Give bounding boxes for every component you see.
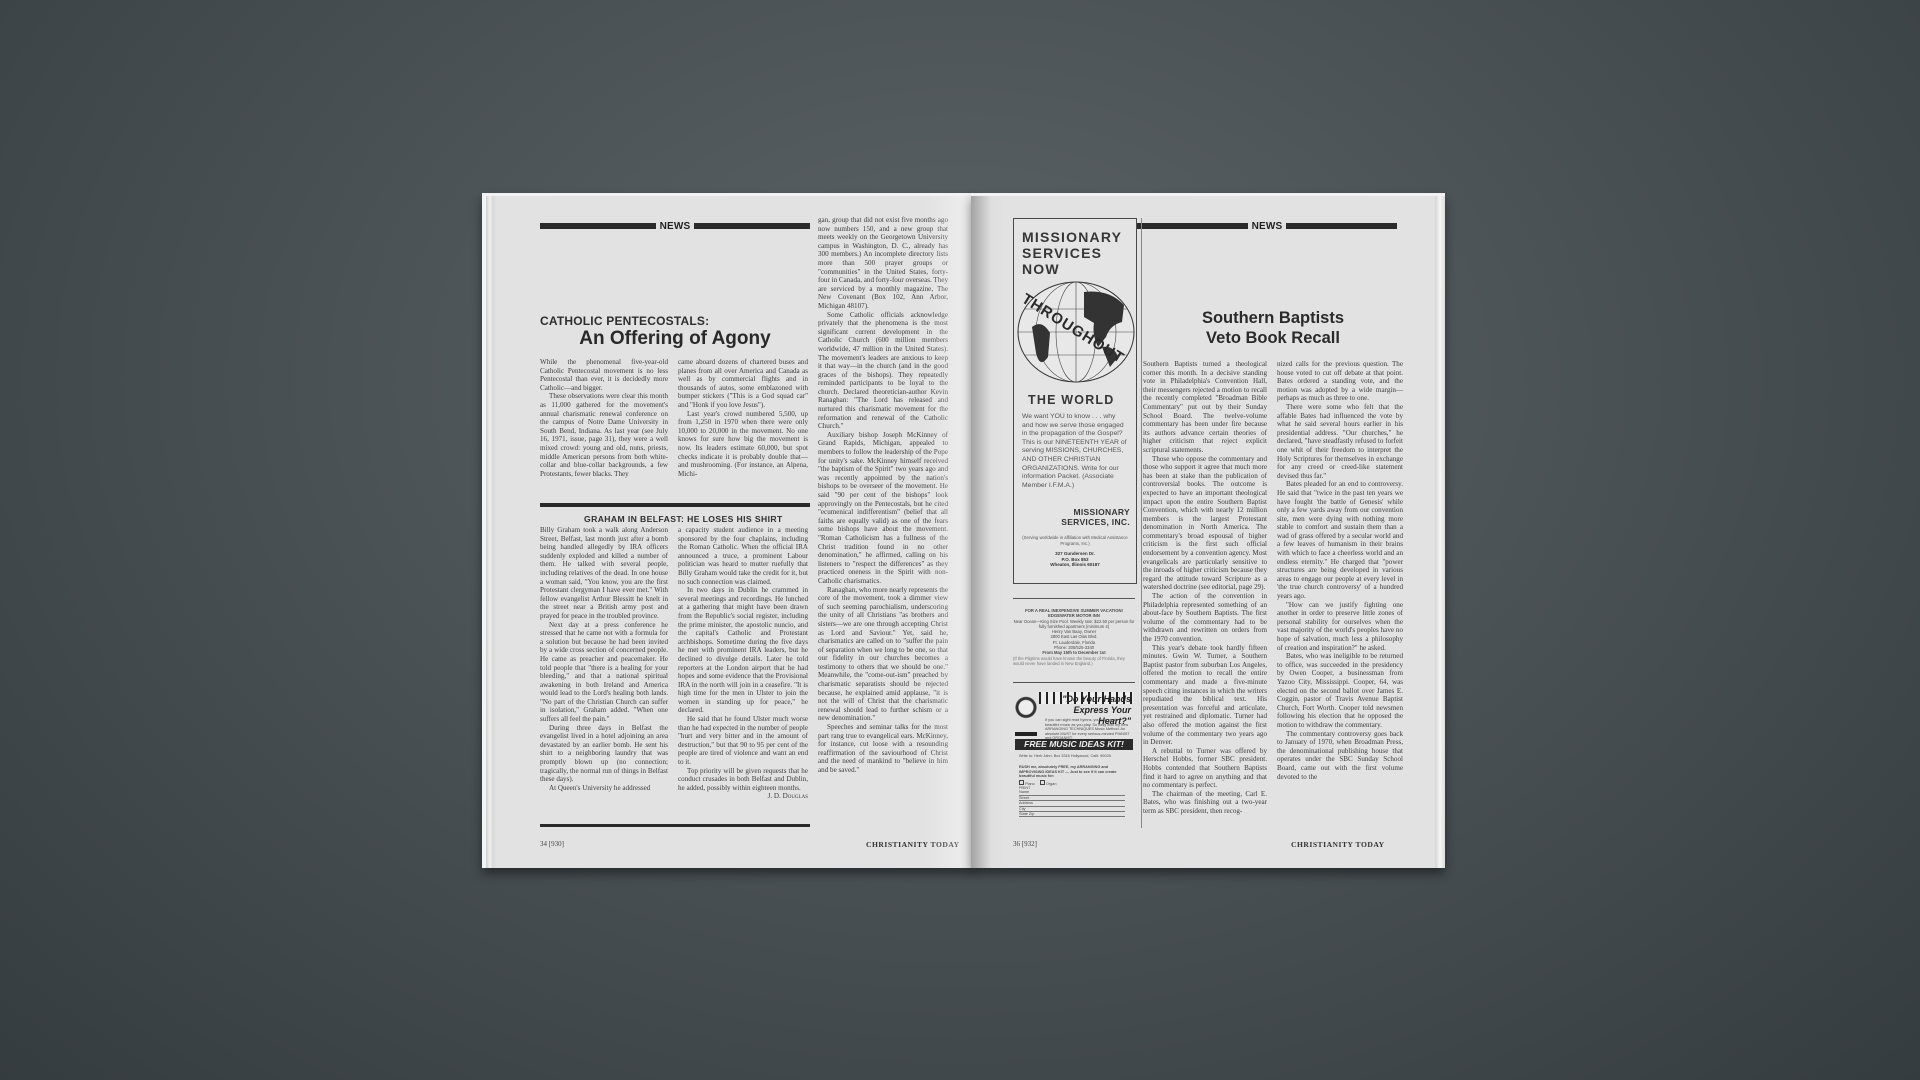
article-col2: nized calls for the previous question. T… <box>1277 360 1403 781</box>
news-bar-rule <box>540 223 656 229</box>
article-headline: An Offering of Agony <box>540 328 810 350</box>
form-field-state-zip[interactable]: State Zip <box>1019 812 1125 817</box>
ad-body-text: We want YOU to know . . . why and how we… <box>1022 413 1128 490</box>
article-kicker: CATHOLIC PENTECOSTALS: <box>540 314 709 328</box>
article2-col2: a capacity student audience in a meeting… <box>678 526 808 801</box>
motel-ad: FOR A REAL INEXPENSIVE SUMMER VACATION! … <box>1013 608 1135 666</box>
left-page: NEWS CATHOLIC PENTECOSTALS: An Offering … <box>482 193 974 868</box>
ad-divider <box>1013 598 1135 599</box>
news-section-bar: NEWS <box>1137 221 1397 231</box>
free-kit-banner: FREE MUSIC IDEAS KIT! <box>1015 739 1133 750</box>
ad-title-line: SERVICES <box>1022 245 1122 261</box>
magazine-name: CHRISTIANITY TODAY <box>1291 840 1385 849</box>
article2-col1: Billy Graham took a walk along Anderson … <box>540 526 668 792</box>
order-form: PRINT Name Street Address City State Zip <box>1019 786 1125 817</box>
ad-title-line: NOW <box>1022 261 1122 277</box>
article1-col3: gan, group that did not exist five month… <box>818 216 948 775</box>
byline: J. D. Douglas <box>768 792 808 801</box>
news-label: NEWS <box>656 221 695 232</box>
magazine-name: CHRISTIANITY TODAY <box>866 840 960 849</box>
right-page: NEWS MISSIONARY SERVICES NOW <box>971 193 1445 868</box>
section-divider <box>540 503 810 507</box>
checkbox[interactable] <box>1019 780 1024 785</box>
bottom-rule <box>540 824 810 827</box>
news-bar-rule <box>1137 223 1248 229</box>
page-number: 34 [930] <box>540 840 564 848</box>
article1-col2: came aboard dozens of chartered buses an… <box>678 358 808 478</box>
article2-headline: GRAHAM IN BELFAST: HE LOSES HIS SHIRT <box>584 514 783 524</box>
missionary-services-ad: MISSIONARY SERVICES NOW THROUGHOUT <box>1013 218 1137 584</box>
page-number: 36 [932] <box>1013 840 1037 848</box>
ad-divider <box>1013 682 1135 683</box>
globe-icon: THROUGHOUT <box>1014 277 1136 387</box>
ad-org-name: MISSIONARY SERVICES, INC. <box>1061 507 1130 527</box>
news-label: NEWS <box>1248 221 1287 232</box>
pianist-illustration-icon <box>1015 692 1037 736</box>
news-section-bar: NEWS <box>540 221 810 231</box>
news-bar-rule <box>1286 223 1397 229</box>
music-ideas-ad: "Do Your Hands Express Your Heart?" If y… <box>1013 690 1135 820</box>
checkbox[interactable] <box>1040 780 1045 785</box>
ad-title-bottom: THE WORLD <box>1028 393 1114 407</box>
column-divider <box>1141 218 1142 828</box>
article-headline: Southern Baptists Veto Book Recall <box>1143 308 1403 348</box>
ad-title-line: MISSIONARY <box>1022 229 1122 245</box>
magazine-spread: NEWS CATHOLIC PENTECOSTALS: An Offering … <box>482 193 1444 869</box>
ad-address: 327 Gundersen Dr. P.O. Box 853 Wheaton, … <box>1022 551 1128 568</box>
news-bar-rule <box>694 223 810 229</box>
article-col1: Southern Baptists turned a theological c… <box>1143 360 1267 815</box>
article1-col1: While the phenomenal five-year-old Catho… <box>540 358 668 478</box>
ad-affiliation: (Serving worldwide in affiliation with M… <box>1022 535 1128 547</box>
